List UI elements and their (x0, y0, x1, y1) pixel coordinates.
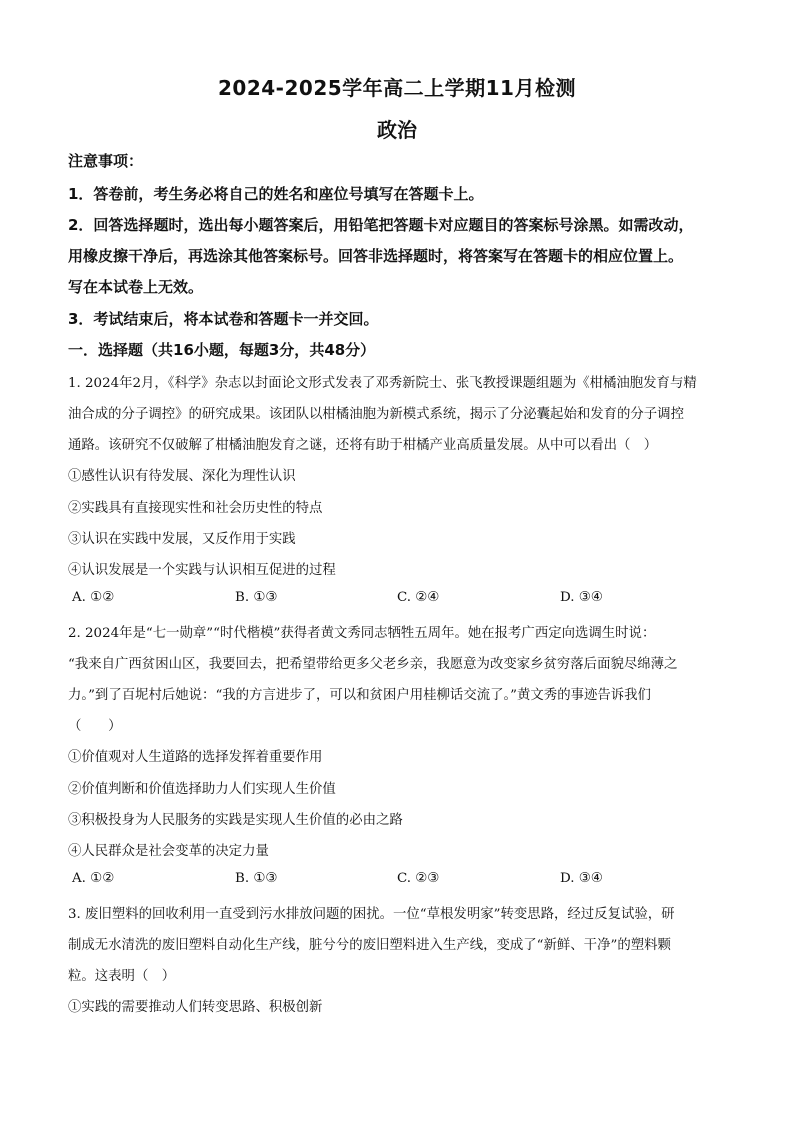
exam-title: 2024-2025学年高二上学期11月检测 (0, 72, 794, 101)
question-1-stem: 油合成的分子调控》的研究成果。该团队以柑橘油胞为新模式系统，揭示了分泌囊起始和发… (68, 403, 684, 422)
question-1-choice-d: D. ③④ (560, 590, 603, 605)
question-2-stem: （ ） (68, 715, 122, 734)
question-1-choice-a: A. ①② (72, 590, 114, 605)
question-2-stem: “我来自广西贫困山区，我要回去，把希望带给更多父老乡亲，我愿意为改变家乡贫穷落后… (68, 653, 677, 672)
section-heading: 一．选择题（共16小题，每题3分，共48分） (68, 339, 375, 360)
question-2-statement: ④人民群众是社会变革的决定力量 (68, 840, 269, 859)
question-1-statement: ①感性认识有待发展、深化为理性认识 (68, 465, 296, 484)
notice-item: 1．答卷前，考生务必将自己的姓名和座位号填写在答题卡上。 (68, 183, 483, 204)
question-2-choice-b: B. ①③ (235, 871, 277, 886)
question-2-choice-a: A. ①② (72, 871, 114, 886)
question-2-statement: ②价值判断和价值选择助力人们实现人生价值 (68, 778, 336, 797)
notice-item: 用橡皮擦干净后，再选涂其他答案标号。回答非选择题时，将答案写在答题卡的相应位置上… (68, 245, 683, 266)
question-3-stem: 制成无水清洗的废旧塑料自动化生产线，脏兮兮的废旧塑料进入生产线，变成了“新鲜、干… (68, 934, 671, 953)
exam-page: 2024-2025学年高二上学期11月检测 政治 注意事项： 1．答卷前，考生务… (0, 0, 794, 1123)
question-2-choice-c: C. ②③ (397, 871, 439, 886)
exam-subject: 政治 (0, 114, 794, 143)
notice-item: 写在本试卷上无效。 (68, 276, 203, 297)
question-1-choice-c: C. ②④ (397, 590, 439, 605)
notice-item: 2．回答选择题时，选出每小题答案后，用铅笔把答题卡对应题目的答案标号涂黑。如需改… (68, 214, 693, 235)
question-1-choice-b: B. ①③ (235, 590, 277, 605)
question-3-statement: ①实践的需要推动人们转变思路、积极创新 (68, 996, 322, 1015)
question-1-statement: ③认识在实践中发展，又反作用于实践 (68, 528, 296, 547)
question-1-statement: ②实践具有直接现实性和社会历史性的特点 (68, 497, 322, 516)
question-1-stem: 通路。该研究不仅破解了柑橘油胞发育之谜，还将有助于柑橘产业高质量发展。从中可以看… (68, 434, 657, 453)
question-3-stem: 3. 废旧塑料的回收利用一直受到污水排放问题的困扰。一位“草根发明家”转变思路，… (68, 903, 675, 922)
question-2-statement: ③积极投身为人民服务的实践是实现人生价值的必由之路 (68, 809, 403, 828)
question-1-statement: ④认识发展是一个实践与认识相互促进的过程 (68, 559, 336, 578)
notice-heading: 注意事项： (68, 150, 143, 171)
question-2-choice-d: D. ③④ (560, 871, 603, 886)
question-2-stem: 力。”到了百坭村后她说：“我的方言进步了，可以和贫困户用桂柳话交流了。”黄文秀的… (68, 684, 651, 703)
question-3-stem: 粒。这表明（ ） (68, 965, 175, 984)
notice-item: 3．考试结束后，将本试卷和答题卡一并交回。 (68, 308, 378, 329)
question-2-stem: 2. 2024年是“七一勋章”“时代楷模”获得者黄文秀同志牺牲五周年。她在报考广… (68, 622, 655, 641)
question-2-statement: ①价值观对人生道路的选择发挥着重要作用 (68, 746, 322, 765)
question-1-stem: 1. 2024年2月，《科学》杂志以封面论文形式发表了邓秀新院士、张飞教授课题组… (68, 372, 697, 391)
